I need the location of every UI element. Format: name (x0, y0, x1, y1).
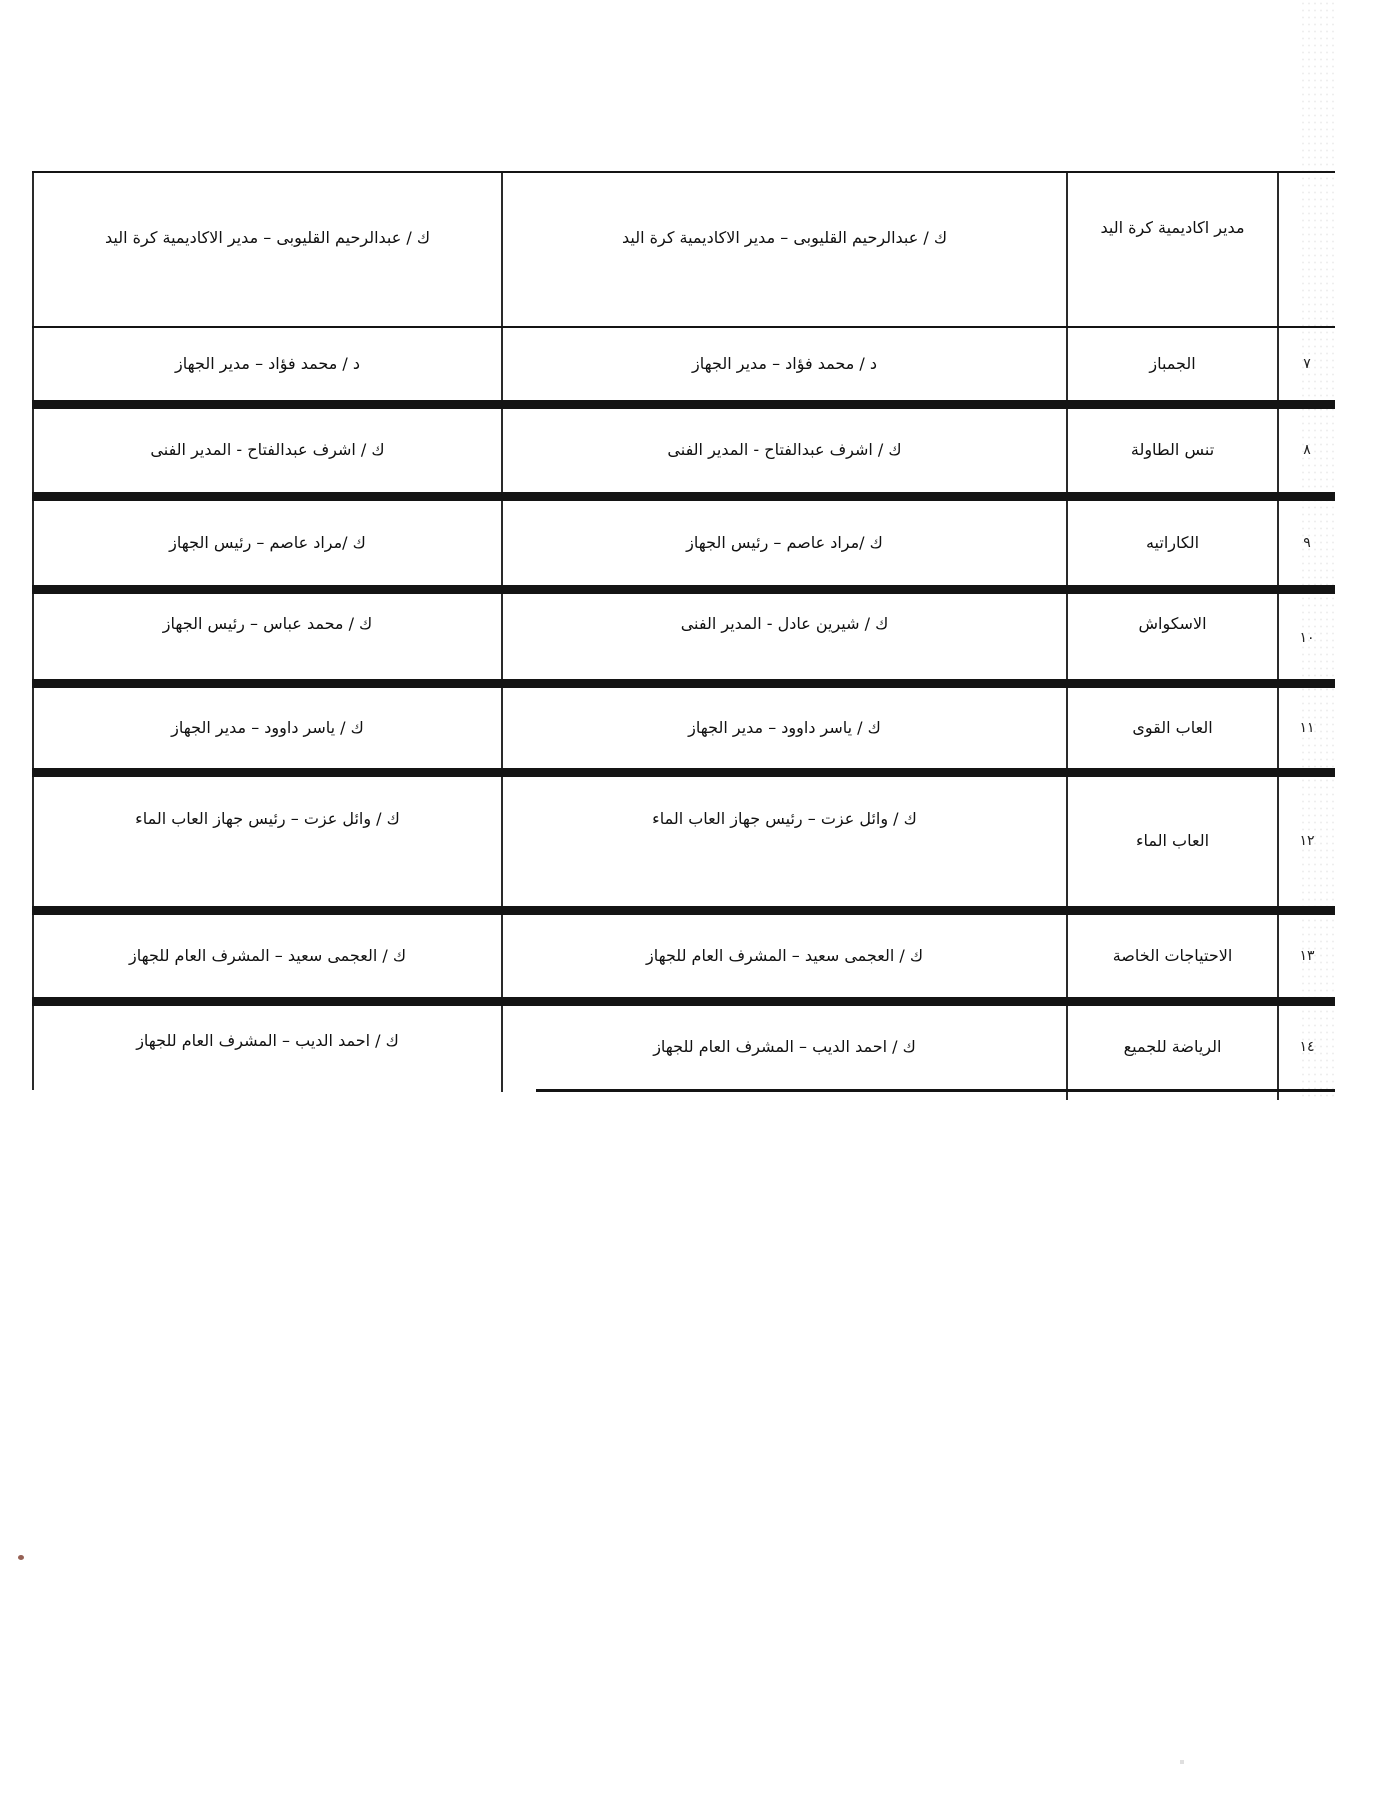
table-border-bottom (536, 1089, 1335, 1092)
official-col-b: ك / العجمى سعيد – المشرف العام للجهاز (503, 915, 1066, 997)
official-col-c: ك / احمد الديب – المشرف العام للجهاز (34, 1006, 501, 1076)
row-number: ١٤ (1279, 1006, 1335, 1088)
row-divider-thick (32, 585, 1335, 594)
row-number: ١٢ (1279, 777, 1335, 906)
row-number: ٨ (1279, 409, 1335, 492)
official-col-c: ك / محمد عباس – رئيس الجهاز (34, 594, 501, 654)
official-col-b: ك / ياسر داوود – مدير الجهاز (503, 688, 1066, 768)
sport-name: الاحتياجات الخاصة (1068, 915, 1277, 997)
sport-name: الاسكواش (1068, 594, 1277, 654)
official-col-c: د / محمد فؤاد – مدير الجهاز (34, 328, 501, 400)
sport-name: مدير اكاديمية كرة اليد (1068, 173, 1277, 283)
sport-name: العاب الماء (1068, 777, 1277, 906)
official-col-b: ك / اشرف عبدالفتاح - المدير الفنى (503, 409, 1066, 492)
scanned-page: مدير اكاديمية كرة اليد ك / عبدالرحيم الق… (0, 0, 1391, 1800)
official-col-c: ك / عبدالرحيم القليوبى – مدير الاكاديمية… (34, 173, 501, 303)
official-col-b: ك / عبدالرحيم القليوبى – مدير الاكاديمية… (503, 173, 1066, 303)
scan-speck (18, 1555, 24, 1560)
row-divider-thick (32, 400, 1335, 409)
sport-name: الرياضة للجميع (1068, 1006, 1277, 1088)
official-col-b: ك / احمد الديب – المشرف العام للجهاز (503, 1006, 1066, 1088)
official-col-b: د / محمد فؤاد – مدير الجهاز (503, 328, 1066, 400)
official-col-c: ك / اشرف عبدالفتاح - المدير الفنى (34, 409, 501, 492)
row-divider-thick (32, 679, 1335, 688)
row-number: ١٣ (1279, 915, 1335, 997)
official-col-b: ك / وائل عزت – رئيس جهاز العاب الماء (503, 777, 1066, 861)
row-divider-thick (32, 492, 1335, 501)
row-number (1279, 173, 1335, 326)
row-number: ١١ (1279, 688, 1335, 768)
official-col-b: ك /مراد عاصم – رئيس الجهاز (503, 501, 1066, 585)
row-number: ٩ (1279, 501, 1335, 585)
sport-name: الكاراتيه (1068, 501, 1277, 585)
official-col-c: ك / ياسر داوود – مدير الجهاز (34, 688, 501, 768)
official-col-b: ك / شيرين عادل - المدير الفنى (503, 594, 1066, 654)
row-divider-thick (32, 997, 1335, 1006)
row-divider-thick (32, 768, 1335, 777)
sport-name: تنس الطاولة (1068, 409, 1277, 492)
row-number: ٧ (1279, 328, 1335, 400)
row-divider-thick (32, 906, 1335, 915)
official-col-c: ك /مراد عاصم – رئيس الجهاز (34, 501, 501, 585)
sport-name: العاب القوى (1068, 688, 1277, 768)
scan-speck (1180, 1760, 1184, 1764)
official-col-c: ك / وائل عزت – رئيس جهاز العاب الماء (34, 777, 501, 861)
row-number: ١٠ (1279, 612, 1335, 664)
official-col-c: ك / العجمى سعيد – المشرف العام للجهاز (34, 915, 501, 997)
sport-name: الجمباز (1068, 328, 1277, 400)
